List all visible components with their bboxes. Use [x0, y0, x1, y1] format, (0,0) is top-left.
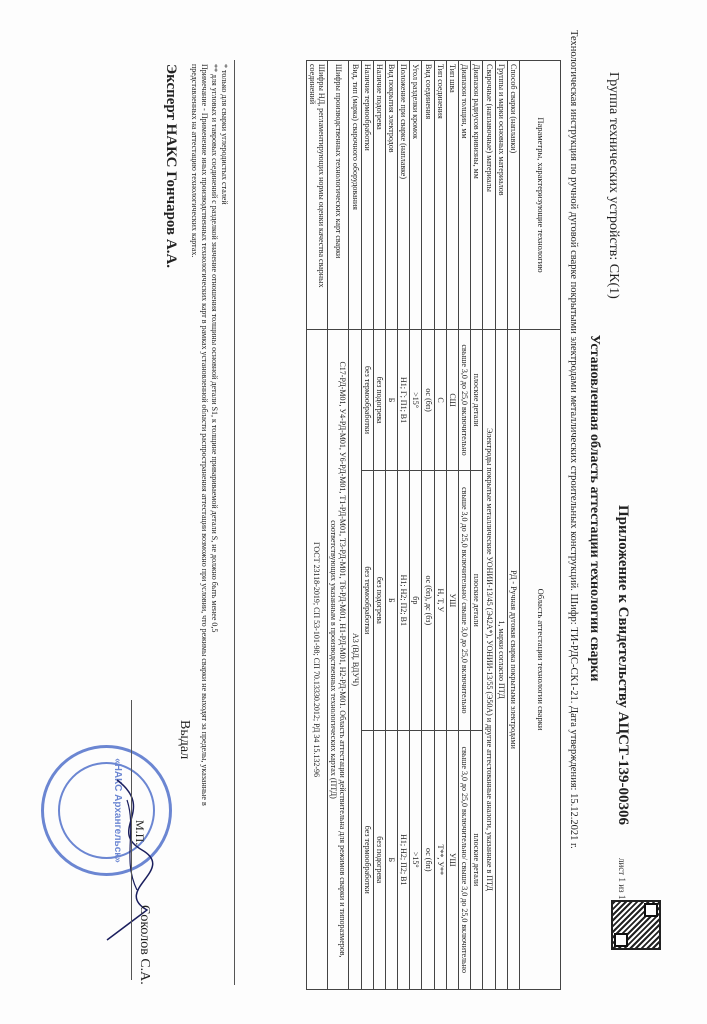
row-value: без подогрева — [373, 730, 385, 989]
table-row: Способ сварки (наплавки)РД - Ручная дуго… — [507, 61, 519, 990]
row-value: без подогрева — [373, 330, 385, 471]
document-page: лист 1 из 1 Приложение к Свидетельству А… — [0, 0, 707, 1024]
row-value: без термообработки — [361, 471, 373, 730]
table-row: Вид соединенияос (бп)ос (бп), дс (бз)ос … — [422, 61, 434, 990]
row-parameter: Шифры производственных технологических к… — [328, 61, 349, 330]
row-value: С — [434, 330, 446, 471]
section-title: Установленная область аттестации техноло… — [586, 258, 602, 758]
notes-divider — [234, 60, 235, 985]
row-value: С17-РД-М01, У4-РД-М01, У6-РД-М01, Т1-РД-… — [328, 330, 349, 990]
table-row: Угол разделки кромок>15°бр>15° — [410, 61, 422, 990]
row-value: свыше 3,0 до 25,0 включительно/ свыше 3,… — [459, 730, 471, 989]
table-row: Положение при сварке (наплавке)Н1; Г; П1… — [398, 61, 410, 990]
row-value: без термообработки — [361, 730, 373, 989]
header-param: Параметры, характеризующие технологию — [520, 61, 561, 330]
row-parameter: Диапазон радиусов кривизны, мм — [471, 61, 483, 330]
handwritten-signature-icon — [97, 770, 167, 950]
footnote: ** для угловых и тавровых соединений с р… — [209, 64, 219, 984]
table-row: Тип соединенияСН, Т, УТ**, У** — [434, 61, 446, 990]
issued-by-label: Выдал — [176, 720, 192, 759]
row-parameter: Угол разделки кромок — [410, 61, 422, 330]
table-row: Шифры производственных технологических к… — [328, 61, 349, 990]
signature-line — [131, 700, 132, 980]
row-value: свыше 3,0 до 25,0 включительно/ свыше 3,… — [459, 471, 471, 730]
footnote: Примечание - Применение иных производств… — [199, 64, 209, 984]
row-value: ос (бп), дс (бз) — [422, 471, 434, 730]
row-value: ГОСТ 23118-2019; СП 53-101-98; СП 70.133… — [306, 330, 327, 990]
table-row: Вид покрытия электродовБББ — [385, 61, 397, 990]
table-row: Тип шваСШУШУШ — [446, 61, 458, 990]
row-value: 1, марки согласно ПТД — [495, 330, 507, 990]
row-value: Н, Т, У — [434, 471, 446, 730]
row-value: без подогрева — [373, 471, 385, 730]
sheet-number: лист 1 из 1 — [617, 858, 627, 899]
row-value: СШ — [446, 330, 458, 471]
qr-code-icon — [611, 900, 661, 950]
row-parameter: Положение при сварке (наплавке) — [398, 61, 410, 330]
row-parameter: Тип соединения — [434, 61, 446, 330]
row-value: бр — [410, 471, 422, 730]
table-row: Сварочные (наплавочные) материалыЭлектро… — [483, 61, 495, 990]
row-parameter: Вид, тип (марка) сварочного оборудования — [349, 61, 361, 330]
row-parameter: Наличие термообработки — [361, 61, 373, 330]
row-value: УШ — [446, 730, 458, 989]
row-value: ос (бп) — [422, 730, 434, 989]
table-row: Шифры НД, регламентирующих нормы оценки … — [306, 61, 327, 990]
row-value: >15° — [410, 330, 422, 471]
stamp-place-label: М.П. — [132, 820, 147, 845]
table-row: Диапазон радиусов кривизны, ммплоские де… — [471, 61, 483, 990]
row-value: плоские детали — [471, 730, 483, 989]
row-value: ос (бп) — [422, 330, 434, 471]
device-group: Группа технических устройств: СК(1) — [605, 72, 621, 299]
row-value: Б — [385, 330, 397, 471]
row-parameter: Вид соединения — [422, 61, 434, 330]
header-scope: Область аттестации технологии сварки — [520, 330, 561, 990]
row-value: без термообработки — [361, 330, 373, 471]
row-value: А3 (ВД, ВДУЧ) — [349, 330, 361, 990]
row-value: Т**, У** — [434, 730, 446, 989]
row-parameter: Шифры НД, регламентирующих нормы оценки … — [306, 61, 327, 330]
appendix-title: Приложение к Свидетельству АЦСТ-139-0030… — [614, 505, 631, 825]
signer-name: Соколов С.А. — [136, 905, 152, 985]
table-header-row: Параметры, характеризующие технологию Об… — [520, 61, 561, 990]
row-value: свыше 3,0 до 25,0 включительно — [459, 330, 471, 471]
row-value: плоские детали — [471, 330, 483, 471]
row-value: Электроды покрытые металлические УОНИИ-1… — [483, 330, 495, 990]
row-value: Н1; Н2; П2; В1 — [398, 730, 410, 989]
row-value: Н1; Н2; П2; В1 — [398, 471, 410, 730]
footnote: представленных на аттестацию технологиче… — [189, 64, 199, 984]
table-row: Диапазон толщин, ммсвыше 3,0 до 25,0 вкл… — [459, 61, 471, 990]
row-value: Б — [385, 471, 397, 730]
row-value: >15° — [410, 730, 422, 989]
table-row: Вид, тип (марка) сварочного оборудования… — [349, 61, 361, 990]
expert-signature-line: Эксперт НАКС Гончаров А.А. — [162, 64, 179, 268]
row-parameter: Способ сварки (наплавки) — [507, 61, 519, 330]
row-value: плоские детали — [471, 471, 483, 730]
row-parameter: Диапазон толщин, мм — [459, 61, 471, 330]
instruction-line: Технологическая инструкция по ручной дуг… — [568, 30, 579, 1010]
table-row: Группы и марки основных материалов1, мар… — [495, 61, 507, 990]
row-parameter: Вид покрытия электродов — [385, 61, 397, 330]
row-parameter: Сварочные (наплавочные) материалы — [483, 61, 495, 330]
row-parameter: Наличие подогрева — [373, 61, 385, 330]
row-value: УШ — [446, 471, 458, 730]
attestation-table: Параметры, характеризующие технологию Об… — [306, 60, 561, 990]
row-value: Н1; Г; П1; В1 — [398, 330, 410, 471]
row-parameter: Тип шва — [446, 61, 458, 330]
table-row: Наличие термообработкибез термообработки… — [361, 61, 373, 990]
row-value: Б — [385, 730, 397, 989]
footnotes: * только для сварки углеродистых сталей … — [189, 64, 229, 984]
table-row: Наличие подогревабез подогревабез подогр… — [373, 61, 385, 990]
row-value: РД - Ручная дуговая сварка покрытыми эле… — [507, 330, 519, 990]
footnote: * только для сварки углеродистых сталей — [219, 64, 229, 984]
row-parameter: Группы и марки основных материалов — [495, 61, 507, 330]
